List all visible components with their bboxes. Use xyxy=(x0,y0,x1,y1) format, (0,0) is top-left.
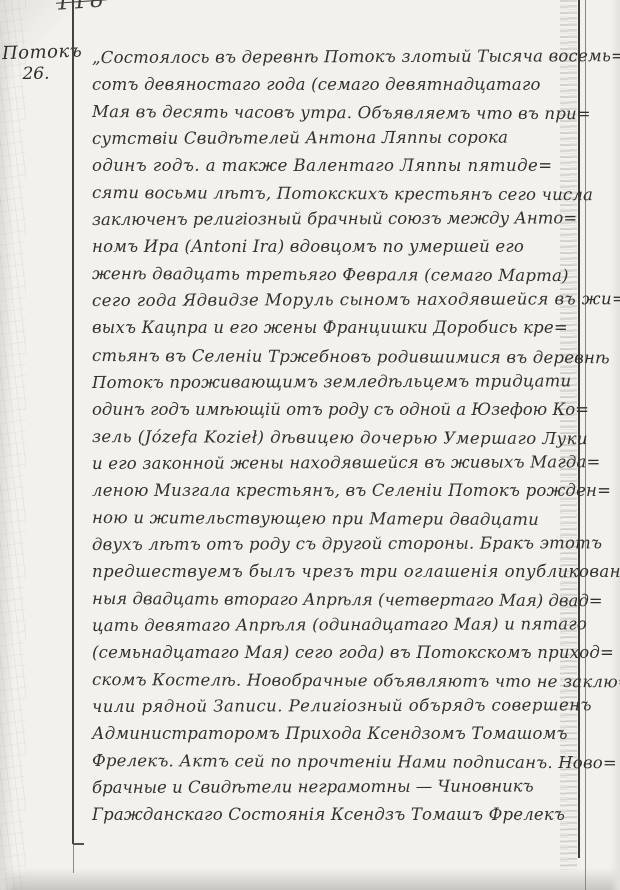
record-line: цать девятаго Апрѣля (одинадцатаго Мая) … xyxy=(92,610,570,639)
record-line: зель (Józefa Kozieł) дѣвицею дочерью Уме… xyxy=(92,423,570,452)
record-line: леною Мизгала крестьянъ, въ Селеніи Пото… xyxy=(92,477,570,504)
record-line: Гражданскаго Состоянія Ксендзъ Томашъ Фр… xyxy=(92,801,570,828)
record-line: заключенъ религіозный брачный союзъ межд… xyxy=(92,205,570,234)
corner-page-number: 118 xyxy=(55,0,108,16)
record-line: сотъ девяностаго года (семаго девятнадца… xyxy=(92,71,570,98)
margin-rule-tail xyxy=(73,845,74,873)
margin-note-record-number: 26. xyxy=(2,64,70,84)
record-line: выхъ Кацпра и его жены Францишки Доробис… xyxy=(92,314,570,341)
record-line: и его законной жены находявшейся въ живы… xyxy=(92,448,570,477)
record-line: брачные и Свидѣтели неграмотны — Чиновни… xyxy=(92,773,570,802)
record-line: номъ Ира (Antoni Ira) вдовцомъ по умерше… xyxy=(92,233,570,260)
record-line: сего года Ядвидзе Моруль сыномъ находявш… xyxy=(92,286,570,315)
record-line: (семьнадцатаго Мая) сего года) въ Потокс… xyxy=(92,639,570,666)
record-line: одинъ годъ. а также Валентаго Ляппы пяти… xyxy=(92,152,570,179)
record-line: двухъ лѣтъ отъ роду съ другой стороны. Б… xyxy=(92,529,570,558)
record-line: одинъ годъ имѣющій отъ роду съ одной а Ю… xyxy=(92,396,570,423)
record-text: „Состоялось въ деревнѣ Потокъ злотый Тыс… xyxy=(92,44,570,828)
scanned-register-page: 118 Потокъ 26. „Состоялось въ деревнѣ По… xyxy=(0,0,620,890)
record-line: стьянъ въ Селеніи Тржебновъ родившимися … xyxy=(92,342,570,371)
record-line: предшествуемъ былъ чрезъ три оглашенія о… xyxy=(92,558,570,585)
record-line: ною и жительствующею при Матери двадцати xyxy=(92,504,570,533)
margin-rule-line xyxy=(72,0,74,844)
record-line: чили рядной Записи. Религіозный обърядъ … xyxy=(92,691,570,720)
margin-note: Потокъ 26. xyxy=(2,42,70,84)
record-line: „Состоялось въ деревнѣ Потокъ злотый Тыс… xyxy=(92,42,570,71)
margin-note-place: Потокъ xyxy=(2,41,71,64)
record-line: Администраторомъ Прихода Ксендзомъ Томаш… xyxy=(92,720,570,747)
scan-edge-noise xyxy=(0,0,26,890)
margin-rule-end-hook xyxy=(73,843,84,845)
record-line: Потокъ проживающимъ земледѣльцемъ тридца… xyxy=(92,367,570,396)
record-line: сутствіи Свидѣтелей Антона Ляппы сорока xyxy=(92,123,570,152)
